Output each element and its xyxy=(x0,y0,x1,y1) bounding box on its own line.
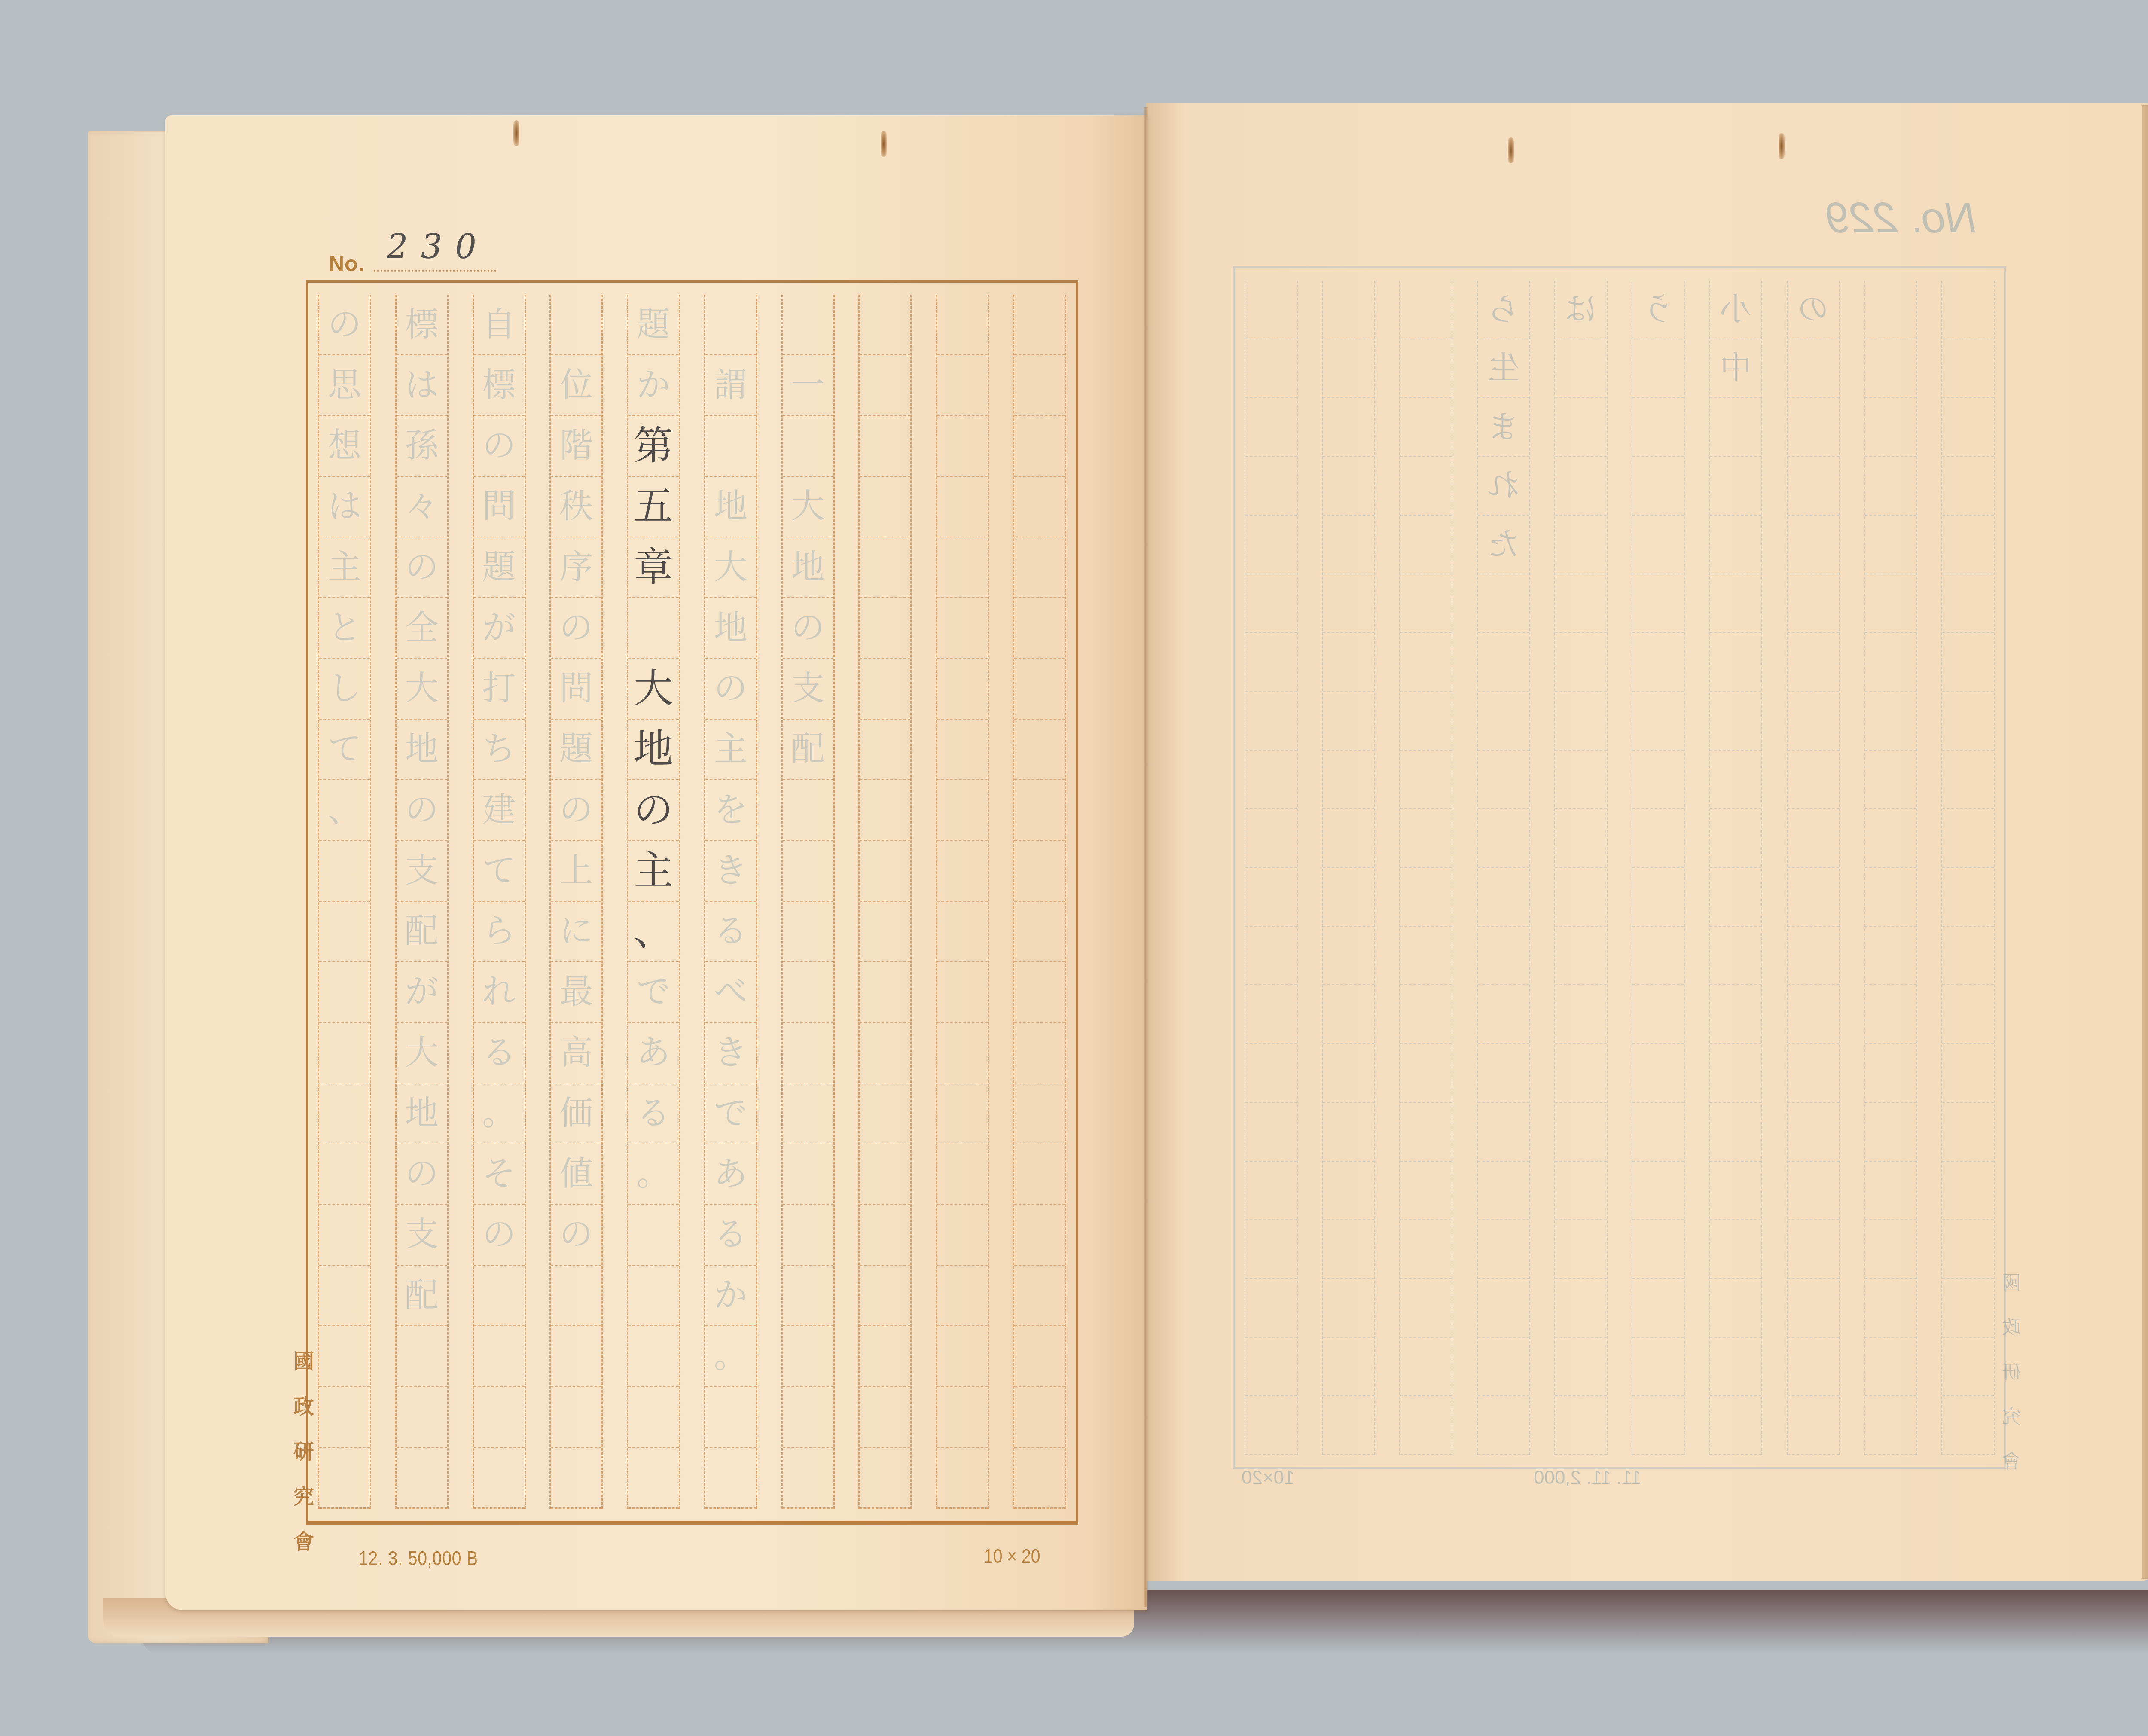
organization-char: 國 xyxy=(293,1345,314,1374)
grid-cell: る xyxy=(474,1023,525,1083)
grid-cell xyxy=(1632,516,1684,574)
grid-cell xyxy=(1323,1279,1374,1338)
grid-cell xyxy=(1323,1338,1374,1397)
grid-cell xyxy=(319,1083,370,1144)
grid-cell xyxy=(1788,1220,1839,1279)
grid-cell xyxy=(937,477,988,537)
grid-cell xyxy=(551,1448,601,1509)
grid-cell: 建 xyxy=(474,780,525,841)
grid-cell xyxy=(1478,985,1529,1044)
grid-cell xyxy=(705,1387,756,1448)
grid-cell xyxy=(1400,281,1452,339)
grid-size-label: 10 × 20 xyxy=(984,1544,1040,1568)
grid-cell: 大 xyxy=(783,477,833,537)
grid-cell: 五 xyxy=(628,477,679,537)
grid-cell: 階 xyxy=(551,416,601,477)
grid-cell xyxy=(1555,574,1607,633)
grid-cell xyxy=(1788,692,1839,751)
grid-cell xyxy=(783,962,833,1023)
grid-cell xyxy=(1555,398,1607,457)
binding-hole xyxy=(1779,133,1785,159)
manuscript-grid-right-ghost: ら生まれたはう小中の xyxy=(1233,266,2006,1469)
grid-cell: 秩 xyxy=(551,477,601,537)
grid-cell: た xyxy=(1478,516,1529,574)
grid-cell xyxy=(1865,633,1916,692)
grid-cell: 高 xyxy=(551,1023,601,1083)
grid-cell xyxy=(1555,868,1607,927)
binding-hole xyxy=(881,131,887,157)
grid-cell xyxy=(1555,457,1607,516)
grid-column xyxy=(1941,281,1995,1455)
grid-cell xyxy=(1555,1103,1607,1162)
grid-cell: 第 xyxy=(628,416,679,477)
grid-cell: は xyxy=(1555,281,1607,339)
manuscript-grid-left: 一大地の支配謂地大地の主をきるべきであるか。題か第五章大地の主、である。位階秩序… xyxy=(306,280,1078,1525)
grid-cell xyxy=(1865,281,1916,339)
grid-cell: が xyxy=(397,962,447,1023)
grid-cell xyxy=(1323,1220,1374,1279)
grid-column: は xyxy=(1554,281,1608,1455)
grid-cell xyxy=(1323,516,1374,574)
grid-cell xyxy=(1478,927,1529,985)
grid-cell xyxy=(1942,1044,1994,1103)
grid-cell xyxy=(937,295,988,355)
grid-cell xyxy=(319,962,370,1023)
grid-cell xyxy=(1942,927,1994,985)
grid-cell: 標 xyxy=(397,295,447,355)
grid-cell xyxy=(1865,927,1916,985)
grid-cell xyxy=(1710,1162,1761,1220)
grid-cell xyxy=(783,1326,833,1387)
grid-cell xyxy=(1865,457,1916,516)
grid-cell: 。 xyxy=(628,1144,679,1205)
grid-cell xyxy=(1632,574,1684,633)
organization-char: 會 xyxy=(2002,1446,2021,1474)
grid-cell: 地 xyxy=(628,720,679,780)
grid-cell xyxy=(1942,1103,1994,1162)
grid-cell: 自 xyxy=(474,295,525,355)
grid-cell: は xyxy=(397,355,447,416)
grid-cell xyxy=(1323,574,1374,633)
grid-cell xyxy=(1323,398,1374,457)
grid-cell xyxy=(860,1266,910,1326)
grid-cell xyxy=(860,1387,910,1448)
grid-cell: 地 xyxy=(397,1083,447,1144)
grid-cell xyxy=(1865,809,1916,868)
grid-cell xyxy=(1323,1162,1374,1220)
grid-cell xyxy=(1478,574,1529,633)
organization-char: 政 xyxy=(293,1390,314,1419)
grid-cell xyxy=(1478,1396,1529,1455)
grid-cell: れ xyxy=(474,962,525,1023)
grid-cell: 想 xyxy=(319,416,370,477)
grid-cell xyxy=(628,598,679,659)
grid-cell xyxy=(783,1448,833,1509)
ghost-print-info: 11. 11. 2,000 xyxy=(1534,1467,1641,1489)
grid-columns: 一大地の支配謂地大地の主をきるべきであるか。題か第五章大地の主、である。位階秩序… xyxy=(318,295,1066,1509)
grid-cell xyxy=(1555,751,1607,809)
grid-cell xyxy=(1865,1338,1916,1397)
grid-cell xyxy=(1788,339,1839,398)
grid-column: 謂地大地の主をきるべきであるか。 xyxy=(704,295,757,1509)
grid-cell xyxy=(937,1448,988,1509)
grid-cell xyxy=(1710,633,1761,692)
grid-cell xyxy=(319,1387,370,1448)
grid-cell xyxy=(1400,457,1452,516)
grid-cell xyxy=(1865,574,1916,633)
organization-char: 國 xyxy=(2002,1267,2021,1295)
grid-cell: 謂 xyxy=(705,355,756,416)
grid-cell xyxy=(860,537,910,598)
grid-cell: 々 xyxy=(397,477,447,537)
grid-cell xyxy=(937,962,988,1023)
grid-cell xyxy=(860,962,910,1023)
grid-cell: 標 xyxy=(474,355,525,416)
grid-cell: の xyxy=(551,598,601,659)
grid-cell: れ xyxy=(1478,457,1529,516)
grid-column xyxy=(1322,281,1375,1455)
grid-cell xyxy=(628,1205,679,1266)
grid-cell: の xyxy=(397,1144,447,1205)
grid-cell xyxy=(1323,457,1374,516)
grid-cell xyxy=(1632,1044,1684,1103)
grid-cell xyxy=(1788,1338,1839,1397)
grid-cell xyxy=(937,1083,988,1144)
grid-cell: 章 xyxy=(628,537,679,598)
grid-cell xyxy=(1788,574,1839,633)
grid-cell xyxy=(783,1266,833,1326)
grid-cell xyxy=(1323,1044,1374,1103)
grid-cell xyxy=(860,841,910,901)
grid-cell xyxy=(1014,416,1065,477)
grid-cell xyxy=(628,1326,679,1387)
grid-cell: き xyxy=(705,1023,756,1083)
grid-cell: 。 xyxy=(474,1083,525,1144)
grid-cell xyxy=(1632,457,1684,516)
grid-cell: 最 xyxy=(551,962,601,1023)
grid-cell: ま xyxy=(1478,398,1529,457)
grid-cell: の xyxy=(551,1205,601,1266)
grid-cell xyxy=(1245,1162,1297,1220)
grid-cell xyxy=(1788,1279,1839,1338)
grid-cell xyxy=(474,1387,525,1448)
grid-cell: る xyxy=(628,1083,679,1144)
grid-cell: 配 xyxy=(397,1266,447,1326)
grid-cell xyxy=(783,1205,833,1266)
grid-cell: 上 xyxy=(551,841,601,901)
grid-cell xyxy=(1400,751,1452,809)
grid-cell xyxy=(1245,1044,1297,1103)
grid-cell xyxy=(937,1387,988,1448)
grid-cell xyxy=(860,1448,910,1509)
grid-column: 自標の問題が打ち建てられる。その xyxy=(473,295,526,1509)
grid-column: 一大地の支配 xyxy=(781,295,835,1509)
grid-cell: ら xyxy=(1478,281,1529,339)
grid-cell: そ xyxy=(474,1144,525,1205)
grid-cell xyxy=(1014,1205,1065,1266)
grid-cell xyxy=(1632,1279,1684,1338)
grid-cell xyxy=(1478,1103,1529,1162)
grid-cell xyxy=(705,416,756,477)
grid-cell xyxy=(1323,633,1374,692)
grid-cell xyxy=(860,355,910,416)
grid-cell xyxy=(1942,516,1994,574)
page-number-value: 230 xyxy=(387,228,489,266)
grid-cell: べ xyxy=(705,962,756,1023)
grid-cell xyxy=(1788,398,1839,457)
grid-cell xyxy=(1245,692,1297,751)
grid-cell xyxy=(1942,809,1994,868)
grid-column xyxy=(1399,281,1452,1455)
grid-cell xyxy=(1710,1396,1761,1455)
grid-cell xyxy=(1942,457,1994,516)
grid-cell xyxy=(1942,281,1994,339)
grid-cell xyxy=(1942,692,1994,751)
grid-cell xyxy=(1788,927,1839,985)
grid-cell: あ xyxy=(705,1144,756,1205)
grid-cell xyxy=(1865,1044,1916,1103)
grid-cell xyxy=(1555,985,1607,1044)
grid-cell xyxy=(551,1387,601,1448)
grid-cell xyxy=(783,1023,833,1083)
grid-cell xyxy=(1400,1279,1452,1338)
grid-cell xyxy=(1788,985,1839,1044)
grid-cell xyxy=(860,1326,910,1387)
grid-cell xyxy=(1400,339,1452,398)
grid-cell: る xyxy=(705,1205,756,1266)
grid-cell xyxy=(1632,1338,1684,1397)
grid-cell xyxy=(1710,516,1761,574)
grid-cell xyxy=(474,1448,525,1509)
grid-cell xyxy=(1400,1338,1452,1397)
grid-cell xyxy=(1245,985,1297,1044)
grid-cell xyxy=(1942,1396,1994,1455)
grid-cell xyxy=(1400,1396,1452,1455)
grid-cell: で xyxy=(628,962,679,1023)
grid-cell xyxy=(1710,927,1761,985)
grid-cell xyxy=(1632,633,1684,692)
grid-cell xyxy=(1400,1103,1452,1162)
grid-cell xyxy=(1788,633,1839,692)
grid-cell: の xyxy=(474,1205,525,1266)
grid-column: 標は孫々の全大地の支配が大地の支配 xyxy=(395,295,449,1509)
grid-column: 題か第五章大地の主、である。 xyxy=(627,295,680,1509)
grid-cell xyxy=(1014,537,1065,598)
grid-cell xyxy=(1400,1162,1452,1220)
grid-cell xyxy=(1942,868,1994,927)
grid-cell: し xyxy=(319,659,370,720)
grid-cell xyxy=(1788,809,1839,868)
grid-cell xyxy=(937,841,988,901)
grid-cell xyxy=(937,598,988,659)
grid-cell xyxy=(1865,1103,1916,1162)
grid-cell xyxy=(1245,398,1297,457)
grid-cell xyxy=(1942,1220,1994,1279)
grid-cell xyxy=(1323,809,1374,868)
grid-cell xyxy=(860,1083,910,1144)
grid-cell xyxy=(1710,692,1761,751)
grid-cell xyxy=(860,1144,910,1205)
grid-cell xyxy=(319,902,370,962)
grid-cell xyxy=(783,902,833,962)
grid-cell xyxy=(860,720,910,780)
grid-cell xyxy=(1555,1279,1607,1338)
grid-cell xyxy=(1942,985,1994,1044)
grid-cell xyxy=(1014,780,1065,841)
grid-cell xyxy=(937,1266,988,1326)
grid-cell xyxy=(1478,1338,1529,1397)
grid-cell xyxy=(860,477,910,537)
grid-cell xyxy=(1400,516,1452,574)
grid-cell xyxy=(783,416,833,477)
grid-cell xyxy=(1710,1338,1761,1397)
binding-hole xyxy=(513,120,519,146)
grid-cell: る xyxy=(705,902,756,962)
grid-cell xyxy=(1632,339,1684,398)
grid-cell xyxy=(860,416,910,477)
grid-cell xyxy=(1788,868,1839,927)
grid-cell xyxy=(1014,1144,1065,1205)
grid-cell xyxy=(1555,692,1607,751)
grid-cell xyxy=(1323,281,1374,339)
grid-cell xyxy=(1014,720,1065,780)
grid-cell xyxy=(1942,339,1994,398)
grid-column xyxy=(1013,295,1066,1509)
grid-cell xyxy=(1710,574,1761,633)
grid-cell xyxy=(474,1326,525,1387)
grid-cell xyxy=(1788,1162,1839,1220)
grid-cell xyxy=(1865,1396,1916,1455)
grid-column: 小中 xyxy=(1709,281,1762,1455)
grid-cell xyxy=(1014,295,1065,355)
grid-cell: 主 xyxy=(628,841,679,901)
grid-cell xyxy=(319,841,370,901)
grid-cell xyxy=(1014,902,1065,962)
grid-cell xyxy=(1245,809,1297,868)
grid-cell: 支 xyxy=(783,659,833,720)
grid-cell xyxy=(1245,927,1297,985)
grid-cell xyxy=(397,1326,447,1387)
grid-cell xyxy=(783,1387,833,1448)
grid-cell xyxy=(1865,751,1916,809)
grid-cell xyxy=(1323,339,1374,398)
grid-cell: 打 xyxy=(474,659,525,720)
grid-cell xyxy=(1865,985,1916,1044)
grid-cell: 題 xyxy=(551,720,601,780)
grid-cell: 配 xyxy=(397,902,447,962)
grid-cell: き xyxy=(705,841,756,901)
grid-cell: と xyxy=(319,598,370,659)
organization-label: 國政研究會 xyxy=(289,1345,319,1555)
grid-cell xyxy=(1865,1162,1916,1220)
grid-cell xyxy=(937,355,988,416)
grid-cell xyxy=(1245,868,1297,927)
grid-cell: の xyxy=(1788,281,1839,339)
grid-cell xyxy=(1710,1103,1761,1162)
ghost-organization-label: 國政研究會 xyxy=(2002,1267,2021,1474)
grid-cell xyxy=(705,295,756,355)
grid-cell: か xyxy=(628,355,679,416)
page-number-underline xyxy=(374,270,496,272)
ghost-page-number: No. 229 xyxy=(1826,193,1976,243)
grid-cell xyxy=(937,720,988,780)
grid-cell xyxy=(319,1144,370,1205)
grid-cell xyxy=(1632,1396,1684,1455)
grid-cell xyxy=(1323,692,1374,751)
grid-cell xyxy=(1942,1279,1994,1338)
grid-cell xyxy=(1014,962,1065,1023)
grid-cell xyxy=(1014,1023,1065,1083)
grid-cell xyxy=(1400,1044,1452,1103)
grid-cell: 問 xyxy=(551,659,601,720)
grid-cell: 値 xyxy=(551,1144,601,1205)
grid-cell xyxy=(1632,398,1684,457)
grid-cell xyxy=(1014,355,1065,416)
grid-cell xyxy=(1245,1338,1297,1397)
grid-column: 位階秩序の問題の上に最高価値の xyxy=(549,295,603,1509)
grid-cell xyxy=(937,416,988,477)
grid-cell xyxy=(1478,1279,1529,1338)
grid-cell xyxy=(1478,633,1529,692)
grid-cell xyxy=(783,1083,833,1144)
grid-cell xyxy=(1323,751,1374,809)
grid-column xyxy=(858,295,912,1509)
grid-cell xyxy=(1555,1162,1607,1220)
grid-column: ら生まれた xyxy=(1477,281,1530,1455)
grid-cell: 序 xyxy=(551,537,601,598)
grid-cell: 、 xyxy=(319,780,370,841)
grid-cell: 地 xyxy=(783,537,833,598)
grid-cell xyxy=(1710,1044,1761,1103)
grid-cell xyxy=(1014,1448,1065,1509)
grid-cell xyxy=(1710,1279,1761,1338)
grid-cell xyxy=(1788,1103,1839,1162)
grid-cell xyxy=(1942,574,1994,633)
grid-cell xyxy=(1400,927,1452,985)
grid-cell xyxy=(1788,1396,1839,1455)
grid-column: の思想は主として、 xyxy=(318,295,371,1509)
grid-cell xyxy=(1942,633,1994,692)
grid-cell xyxy=(319,1326,370,1387)
grid-cell xyxy=(1710,398,1761,457)
grid-cell xyxy=(937,902,988,962)
grid-cell xyxy=(551,1266,601,1326)
print-info: 12. 3. 50,000 B xyxy=(359,1547,478,1570)
grid-cell xyxy=(1245,1396,1297,1455)
grid-cell: 孫 xyxy=(397,416,447,477)
book-spine xyxy=(1144,107,1148,1607)
grid-cell xyxy=(860,902,910,962)
grid-cell xyxy=(1245,516,1297,574)
grid-cell: う xyxy=(1632,281,1684,339)
grid-cell: を xyxy=(705,780,756,841)
grid-cell xyxy=(1632,809,1684,868)
grid-cell: 、 xyxy=(628,902,679,962)
grid-cell xyxy=(1710,868,1761,927)
grid-cell: 中 xyxy=(1710,339,1761,398)
grid-cell xyxy=(1014,598,1065,659)
grid-cell xyxy=(1400,574,1452,633)
grid-cell: ち xyxy=(474,720,525,780)
grid-cell: 題 xyxy=(628,295,679,355)
grid-cell: の xyxy=(474,416,525,477)
grid-cell xyxy=(1555,633,1607,692)
grid-cell xyxy=(1400,398,1452,457)
grid-cell xyxy=(1555,1044,1607,1103)
grid-cell xyxy=(1400,809,1452,868)
grid-cell xyxy=(1245,751,1297,809)
grid-cell xyxy=(1865,516,1916,574)
